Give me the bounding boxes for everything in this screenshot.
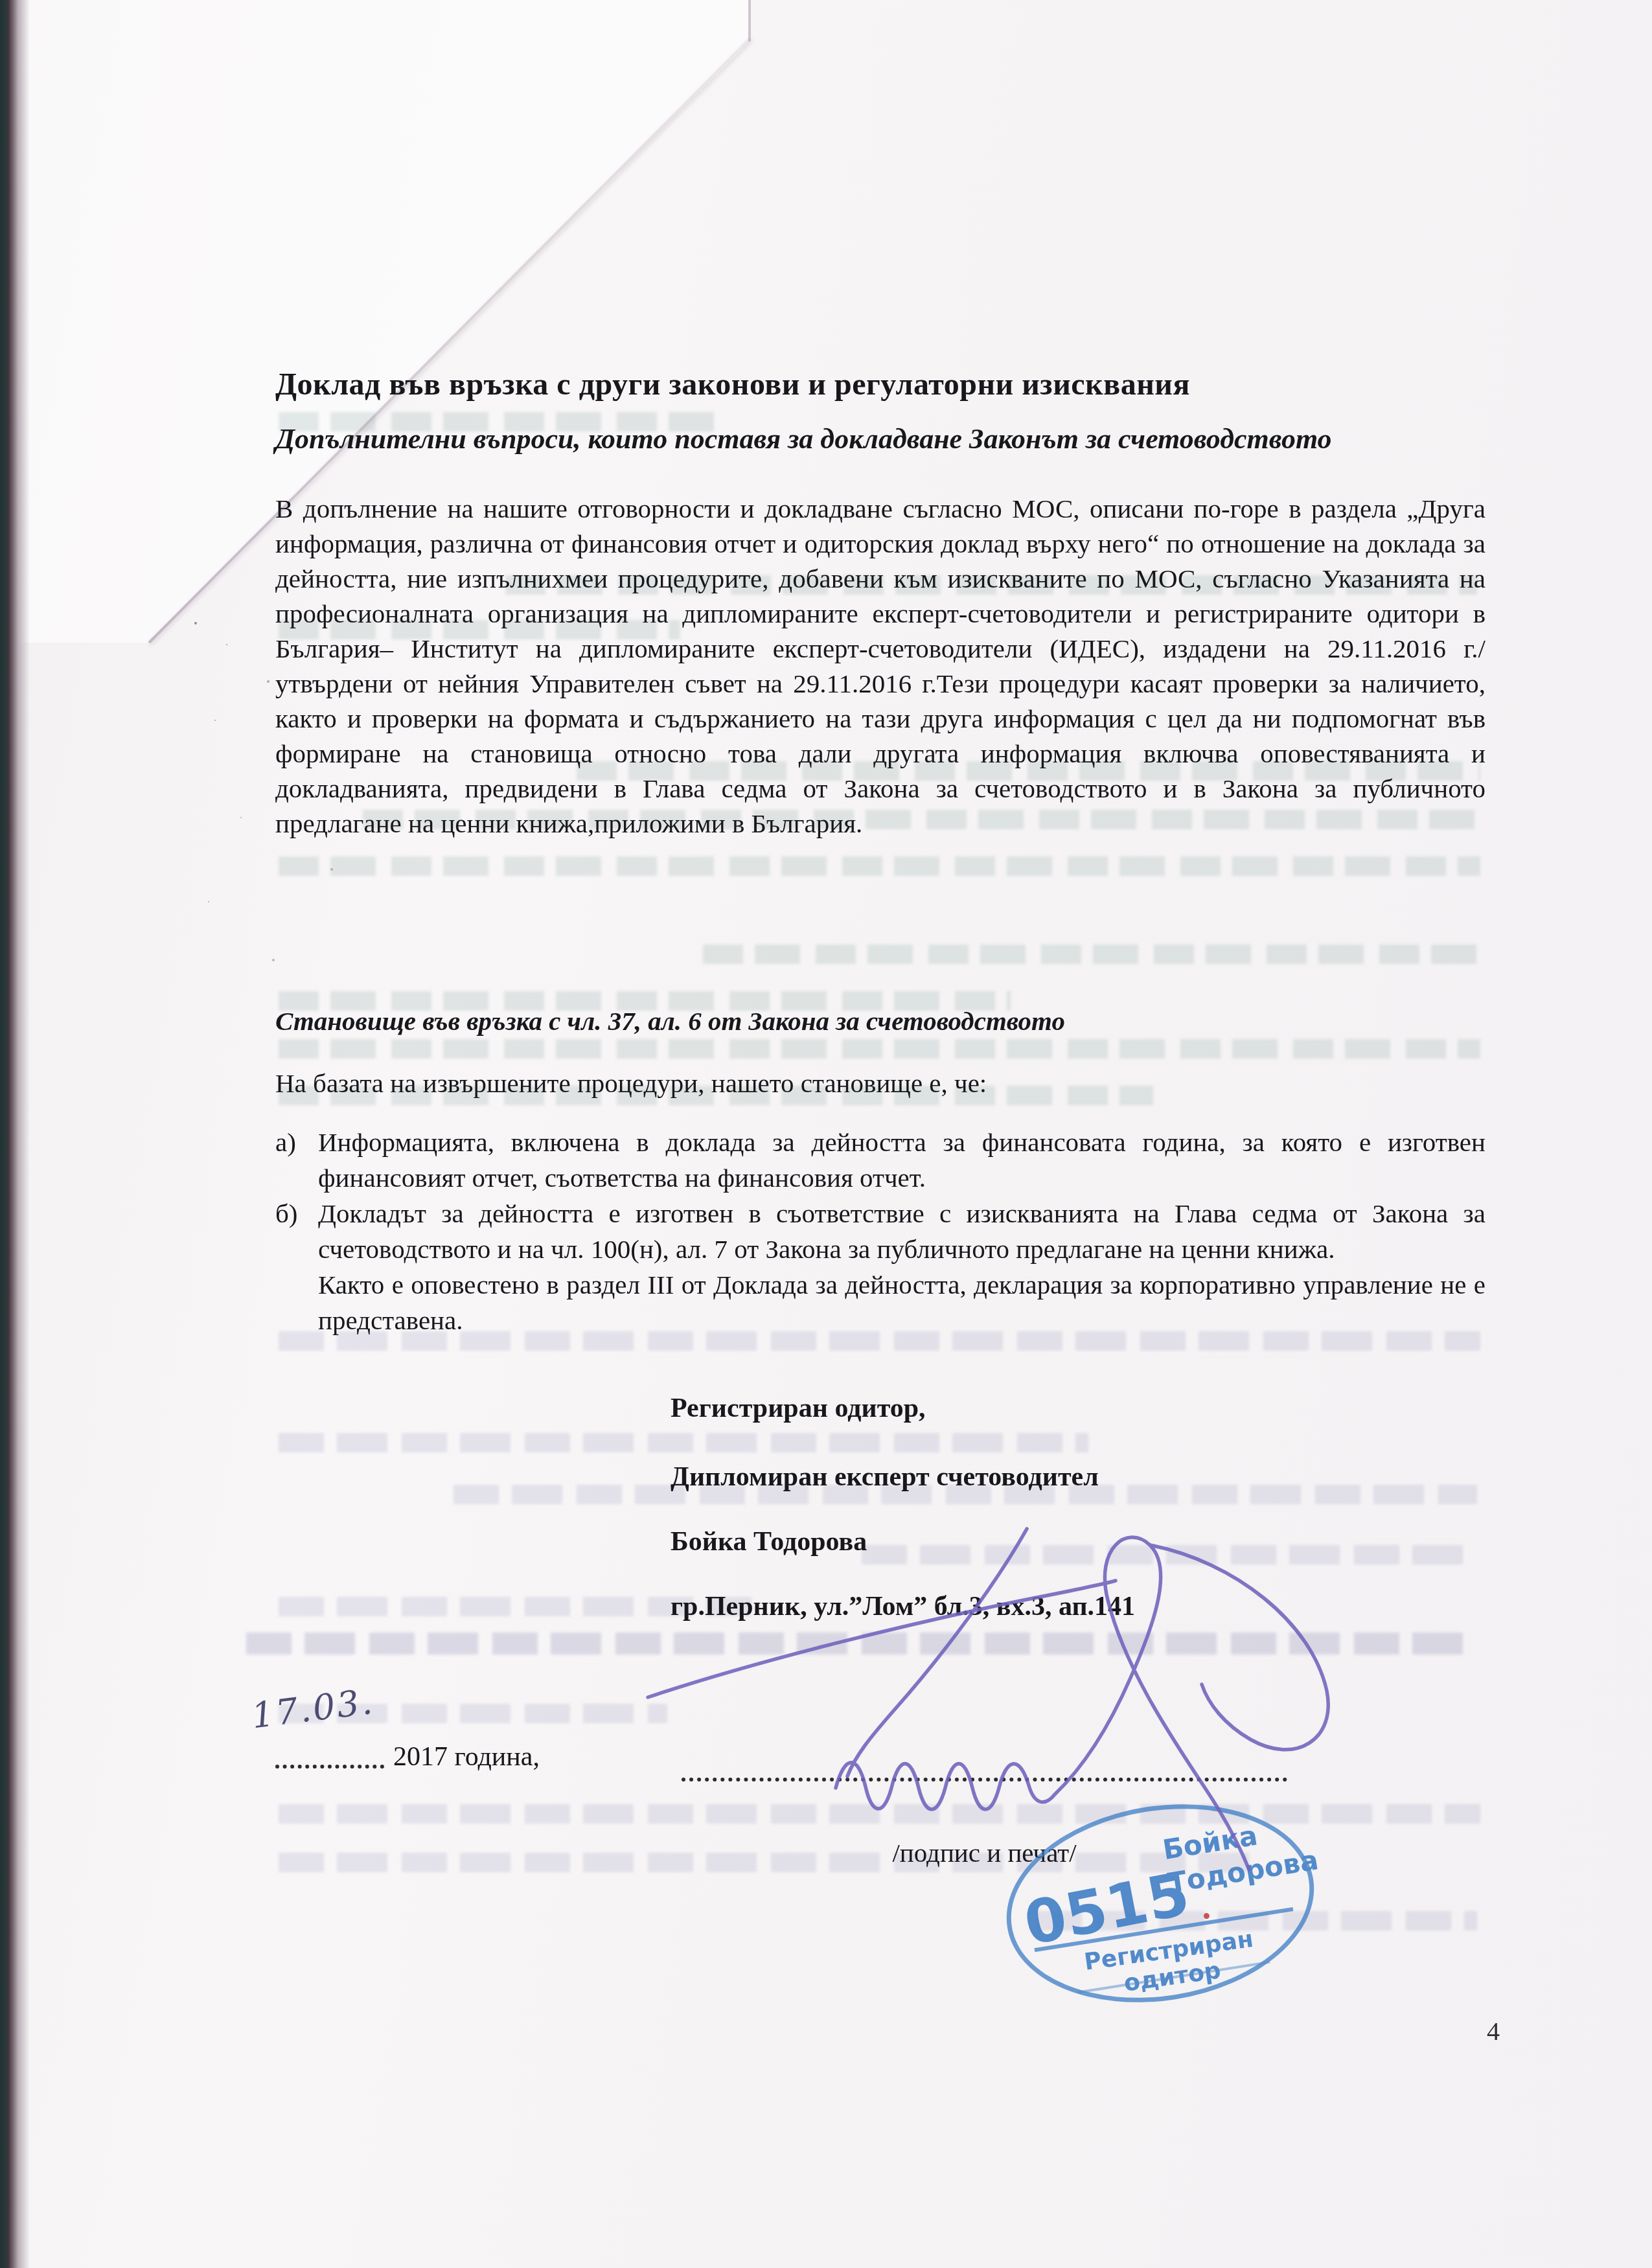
list-item-a: а) Информацията, включена в доклада за д…: [275, 1125, 1486, 1196]
scan-edge-shadow: [0, 0, 30, 2268]
date-year-text: 2017 година,: [393, 1741, 540, 1772]
report-paragraph: В допълнение на нашите отговорности и до…: [275, 491, 1486, 841]
date-line: 2017 година,: [275, 1741, 540, 1772]
ghost-bleed-line: [279, 856, 1480, 876]
page-fold-crease-top: [748, 0, 751, 41]
opinion-list: а) Информацията, включена в доклада за д…: [275, 1125, 1486, 1338]
list-item-b: б) Докладът за дейността е изготвен в съ…: [275, 1196, 1486, 1267]
ghost-bleed-line: [279, 1039, 1480, 1059]
list-item-b-marker: б): [275, 1196, 318, 1267]
opinion-intro: На базата на извършените процедури, наше…: [275, 1068, 1486, 1099]
ghost-bleed-line: [703, 945, 1480, 964]
list-item-a-marker: а): [275, 1125, 318, 1196]
date-dotted-line: [275, 1765, 384, 1769]
page-number: 4: [1487, 2016, 1500, 2046]
signature-ink: [602, 1483, 1354, 1892]
report-title: Доклад във връзка с други законови и рег…: [275, 367, 1506, 402]
opinion-heading: Становище във връзка с чл. 37, ал. 6 от …: [275, 1005, 1247, 1037]
list-item-b-text: Докладът за дейността е изготвен в съотв…: [318, 1196, 1486, 1267]
ghost-bleed-line: [279, 1433, 1088, 1452]
signer-role-line: Регистриран одитор,: [671, 1393, 1383, 1424]
report-subtitle: Допълнителни въпроси, които поставя за д…: [275, 422, 1545, 455]
paper-speckles: [194, 622, 197, 624]
scanned-document-page: Доклад във връзка с други законови и рег…: [0, 0, 1652, 2268]
list-item-b-note: Както е оповестено в раздел III от Докла…: [318, 1267, 1486, 1338]
handwritten-date: 17.03.: [249, 1681, 376, 1737]
list-item-a-text: Информацията, включена в доклада за дейн…: [318, 1125, 1486, 1196]
